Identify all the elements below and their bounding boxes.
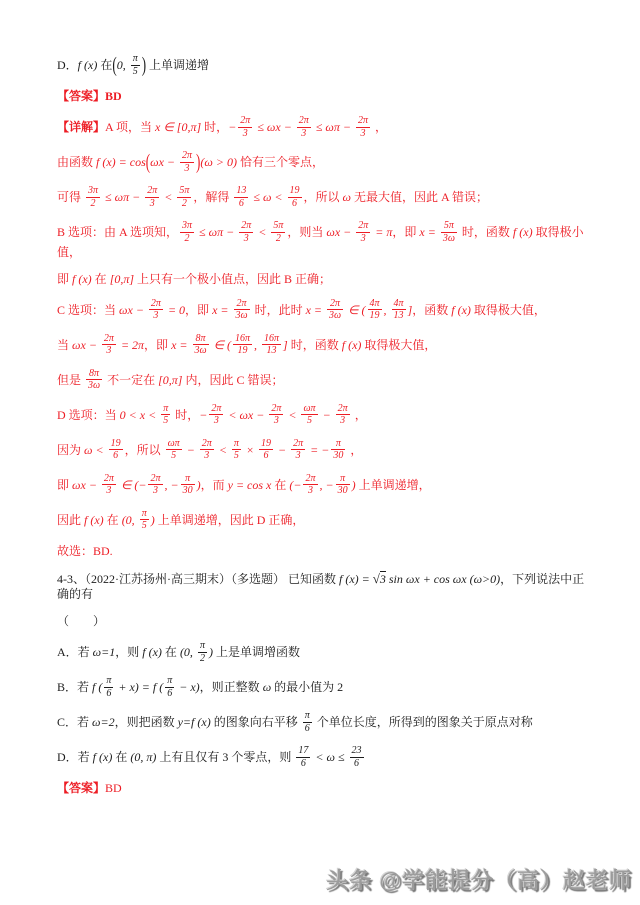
- bold-label: 【答案】: [57, 781, 105, 795]
- text-run: 上是单调增函数: [213, 645, 300, 659]
- text-run: 个单位长度，所得到的图象关于原点对称: [314, 715, 533, 729]
- math-run: ≤ ω <: [250, 190, 285, 204]
- fraction: ωπ5: [166, 438, 182, 462]
- explanation-option-a-line-1: 【详解】A 项，当 x ∈ [0,π] 时，−2π3 ≤ ωx − 2π3 ≤ …: [57, 116, 590, 140]
- text-run: 上单调递增: [146, 58, 209, 72]
- math-run: = 0: [165, 302, 185, 316]
- math-run: x =: [419, 225, 438, 239]
- explanation-option-c-line-1: C 选项：当 ωx − 2π3 = 0，即 x = 2π3ω 时，此时 x = …: [57, 299, 590, 323]
- text-run: 可得: [57, 190, 84, 204]
- fraction: 196: [259, 438, 273, 462]
- text-run: ，则正整数: [200, 680, 263, 694]
- fraction: 2π3: [303, 473, 317, 497]
- math-run: <: [216, 442, 230, 456]
- text-run: ，则: [115, 645, 142, 659]
- math-run: [0,π]: [158, 372, 182, 386]
- text-run: C 选项：当: [57, 302, 119, 316]
- text-run: D 选项：当: [57, 407, 120, 421]
- fraction: ωπ5: [301, 403, 317, 427]
- math-run: f (x) =: [339, 572, 373, 586]
- fraction: π2: [198, 640, 207, 664]
- math-run: , −: [320, 477, 334, 491]
- fraction: π30: [336, 473, 350, 497]
- math-run: ∈ (−: [118, 477, 147, 491]
- fraction: 2π3ω: [234, 298, 250, 322]
- text-run: 在: [97, 58, 112, 72]
- fraction: 8π3ω: [193, 333, 209, 357]
- fraction: 236: [350, 745, 364, 769]
- math-run: f (x): [78, 58, 98, 72]
- math-run: + x) = f (: [115, 680, 163, 694]
- explanation-option-c-line-3: 但是 8π3ω 不一定在 [0,π] 内，因此 C 错误；: [57, 369, 590, 393]
- math-run: ωx −: [72, 337, 100, 351]
- question-4-3-option-b: B．若 f (π6 + x) = f (π6 − x)，则正整数 ω 的最小值为…: [57, 676, 590, 700]
- fraction: 8π3ω: [86, 368, 102, 392]
- big-paren: (: [146, 148, 150, 176]
- answer-label-second: 【答案】BD: [57, 781, 590, 797]
- text-run: 取得极大值，: [361, 337, 436, 351]
- math-run: ≤ ωπ −: [196, 225, 237, 239]
- text-run: 故选：BD.: [57, 544, 113, 558]
- conclusion-line: 故选：BD.: [57, 544, 590, 560]
- question-4-3-option-c: C．若 ω=2，则把函数 y=f (x) 的图象向右平移 π6 个单位长度，所得…: [57, 711, 590, 735]
- fraction: π6: [165, 675, 174, 699]
- math-run: (−: [289, 477, 301, 491]
- math-run: , −: [165, 477, 179, 491]
- explanation-option-a-line-3: 可得 3π2 ≤ ωπ − 2π3 < 5π2，解得 136 ≤ ω < 196…: [57, 186, 590, 210]
- math-run: f (x): [513, 225, 533, 239]
- fraction: 4π19: [368, 298, 382, 322]
- text-run: A 项，当: [105, 120, 155, 134]
- text-run: 即: [57, 272, 72, 286]
- text-run: 不一定在: [104, 372, 158, 386]
- math-run: (ω > 0): [200, 155, 237, 169]
- text-run: 恰有三个零点，: [237, 155, 324, 169]
- math-run: ∈ (: [211, 337, 231, 351]
- bold-label: 【详解】: [57, 120, 105, 134]
- text-run: ，函数: [412, 302, 451, 316]
- big-paren: ): [196, 148, 200, 176]
- text-run: ，解得: [193, 190, 232, 204]
- text-run: ，: [372, 120, 387, 134]
- text-run: 但是: [57, 372, 84, 386]
- text-run: ，而: [201, 477, 228, 491]
- option-d-statement-prev-question: D．f (x) 在(0, π5) 上单调递增: [57, 54, 590, 78]
- math-run: ω: [263, 680, 271, 694]
- text-run: 在: [104, 512, 122, 526]
- math-run: −: [320, 407, 334, 421]
- math-run: f (x): [84, 512, 104, 526]
- fraction: 16π19: [233, 333, 252, 357]
- answer-blank-parentheses: （ ）: [57, 614, 590, 630]
- math-run: − x): [176, 680, 199, 694]
- math-run: ≤ ωπ −: [102, 190, 143, 204]
- fraction: 2π3: [291, 438, 305, 462]
- fraction: π6: [303, 710, 312, 734]
- math-run: ωx −: [119, 302, 147, 316]
- text-run: ，即: [144, 337, 171, 351]
- math-run: f (x): [142, 645, 162, 659]
- fraction: 2π3: [180, 150, 194, 174]
- text-run: 无最大值，因此 A 错误；: [351, 190, 488, 204]
- math-run: f (x): [342, 337, 362, 351]
- text-run: 上只有一个极小值点，因此 B 正确；: [134, 272, 331, 286]
- text-run: 由函数: [57, 155, 96, 169]
- text-run: 时，函数: [459, 225, 513, 239]
- math-run: = 2π: [118, 337, 144, 351]
- text-run: 时，: [201, 120, 228, 134]
- text-run: ，即: [392, 225, 419, 239]
- fraction: 136: [234, 185, 248, 209]
- text-run: ，则当: [287, 225, 326, 239]
- text-run: ，: [347, 442, 362, 456]
- math-run: x =: [306, 302, 325, 316]
- fraction: π6: [104, 675, 113, 699]
- math-run: ωx −: [150, 155, 178, 169]
- math-run: ≤ ωπ −: [313, 120, 354, 134]
- text-run: 的图象向右平移: [211, 715, 301, 729]
- math-run: ω=2: [92, 715, 115, 729]
- text-run: 在: [92, 272, 110, 286]
- text-run: 上单调递增，: [356, 477, 431, 491]
- fraction: 2π3: [356, 115, 370, 139]
- math-run: −: [275, 442, 289, 456]
- fraction: π5: [131, 53, 140, 77]
- explanation-option-d-line-2: 因为 ω < 196，所以 ωπ5 − 2π3 < π5 × 196 − 2π3…: [57, 439, 590, 463]
- fraction: 2π3ω: [327, 298, 343, 322]
- math-run: (0,: [122, 512, 138, 526]
- text-run: B．若: [57, 680, 92, 694]
- explanation-option-d-line-1: D 选项：当 0 < x < π5 时，−2π3 < ωx − 2π3 < ωπ…: [57, 404, 590, 428]
- text-run: 在: [162, 645, 180, 659]
- explanation-option-a-line-2: 由函数 f (x) = cos(ωx − 2π3)(ω > 0) 恰有三个零点，: [57, 151, 590, 175]
- text-run: C．若: [57, 715, 92, 729]
- math-run: ω=1: [93, 645, 116, 659]
- text-run: A．若: [57, 645, 93, 659]
- bold-label: BD: [105, 89, 122, 103]
- big-paren: (: [112, 51, 116, 79]
- explanation-option-d-line-3: 即 ωx − 2π3 ∈ (−2π3, −π30)，而 y = cos x 在 …: [57, 474, 590, 498]
- math-run: y = cos x: [228, 477, 272, 491]
- text-run: ，: [352, 407, 367, 421]
- math-run: f (x): [451, 302, 471, 316]
- fraction: 2π3: [148, 473, 162, 497]
- math-run: −: [199, 407, 207, 421]
- math-run: = −: [307, 442, 329, 456]
- fraction: 2π3: [102, 333, 116, 357]
- math-run: < ωx −: [225, 407, 267, 421]
- fraction: π5: [232, 438, 241, 462]
- fraction: 3π2: [86, 185, 100, 209]
- fraction: π5: [161, 403, 170, 427]
- fraction: π5: [140, 508, 149, 532]
- math-run: (0, π): [130, 750, 156, 764]
- text-run: 在: [112, 750, 130, 764]
- fraction: 5π2: [177, 185, 191, 209]
- math-run: ωx −: [72, 477, 100, 491]
- big-paren: ): [142, 51, 146, 79]
- math-run: ×: [243, 442, 257, 456]
- text-run: ，即: [185, 302, 212, 316]
- math-run: f (x): [93, 750, 113, 764]
- math-run: 0 < x <: [120, 407, 160, 421]
- text-run: 4-3、（2022·江苏扬州·高三期末）（多选题） 已知函数: [57, 572, 339, 586]
- math-run: [0,π]: [110, 272, 134, 286]
- math-run: ,: [254, 337, 260, 351]
- explanation-option-d-line-4: 因此 f (x) 在 (0, π5) 上单调递增，因此 D 正确，: [57, 509, 590, 533]
- question-4-3-option-d: D．若 f (x) 在 (0, π) 上有且仅有 3 个零点，则 176 < ω…: [57, 746, 590, 770]
- text-run: D．若: [57, 750, 93, 764]
- fraction: 2π3: [209, 403, 223, 427]
- text-run: 时，函数: [288, 337, 342, 351]
- fraction: 3π2: [180, 220, 194, 244]
- fraction: 2π3: [102, 473, 116, 497]
- fraction: 2π3: [149, 298, 163, 322]
- math-run: < ω ≤: [312, 750, 347, 764]
- document-page: D．f (x) 在(0, π5) 上单调递增【答案】BD【详解】A 项，当 x …: [0, 0, 640, 797]
- math-run: sin ωx + cos ωx (ω>0): [386, 572, 500, 586]
- text-run: （ ）: [57, 614, 105, 628]
- math-run: (0,: [180, 645, 196, 659]
- explanation-option-b-line-2: 即 f (x) 在 [0,π] 上只有一个极小值点，因此 B 正确；: [57, 272, 590, 288]
- fraction: 2π3: [336, 403, 350, 427]
- text-run: ，所以: [304, 190, 343, 204]
- fraction: 2π3: [356, 220, 370, 244]
- math-run: ω: [343, 190, 351, 204]
- text-run: ，所以: [125, 442, 164, 456]
- watermark-text: 头条 @学能提分（高）赵老师: [326, 864, 632, 895]
- math-run: −: [228, 120, 236, 134]
- text-run: 因为: [57, 442, 84, 456]
- math-run: y=f (x): [178, 715, 211, 729]
- math-run: ωx −: [326, 225, 354, 239]
- question-4-3-stem: 4-3、（2022·江苏扬州·高三期末）（多选题） 已知函数 f (x) = √…: [57, 571, 590, 603]
- text-run: 的最小值为 2: [271, 680, 343, 694]
- text-run: 时，: [172, 407, 199, 421]
- fraction: 2π3: [200, 438, 214, 462]
- text-run: 时，此时: [252, 302, 306, 316]
- fraction: 4π13: [392, 298, 406, 322]
- bold-label: 【答案】: [57, 89, 105, 103]
- math-run: f (x) = cos: [96, 155, 146, 169]
- math-run: ,: [384, 302, 390, 316]
- fraction: 2π3: [238, 115, 252, 139]
- text-run: 内，因此 C 错误；: [182, 372, 283, 386]
- text-run: D．: [57, 58, 78, 72]
- fraction: 2π3: [297, 115, 311, 139]
- math-run: f (: [92, 680, 102, 694]
- fraction: 2π3: [269, 403, 283, 427]
- math-run: f (x): [72, 272, 92, 286]
- fraction: 176: [296, 745, 310, 769]
- answer-label-first: 【答案】BD: [57, 89, 590, 105]
- fraction: 5π2: [271, 220, 285, 244]
- text-run: BD: [105, 781, 122, 795]
- math-run: ∈ (: [345, 302, 365, 316]
- fraction: 5π3ω: [441, 220, 457, 244]
- math-run: <: [255, 225, 269, 239]
- text-run: 因此: [57, 512, 84, 526]
- text-run: 取得极大值，: [471, 302, 546, 316]
- fraction: 2π3: [145, 185, 159, 209]
- explanation-option-b-line-1: B 选项：由 A 选项知，3π2 ≤ ωπ − 2π3 < 5π2，则当 ωx …: [57, 221, 590, 261]
- math-run: 0,: [117, 58, 129, 72]
- math-run: ≤ ωx −: [254, 120, 294, 134]
- question-4-3-option-a: A．若 ω=1，则 f (x) 在 (0, π2) 上是单调增函数: [57, 641, 590, 665]
- text-run: 即: [57, 477, 72, 491]
- fraction: 16π13: [262, 333, 281, 357]
- text-run: 上有且仅有 3 个零点，则: [156, 750, 294, 764]
- fraction: 2π3: [239, 220, 253, 244]
- math-run: = π: [372, 225, 392, 239]
- fraction: π30: [331, 438, 345, 462]
- explanation-option-c-line-2: 当 ωx − 2π3 = 2π，即 x = 8π3ω ∈ (16π19, 16π…: [57, 334, 590, 358]
- fraction: π30: [181, 473, 195, 497]
- fraction: 196: [288, 185, 302, 209]
- math-run: ω <: [84, 442, 107, 456]
- math-run: −: [184, 442, 198, 456]
- math-run: <: [285, 407, 299, 421]
- text-run: 当: [57, 337, 72, 351]
- text-run: 在: [271, 477, 289, 491]
- math-run: <: [161, 190, 175, 204]
- text-run: ，则把函数: [115, 715, 178, 729]
- math-run: x ∈ [0,π]: [155, 120, 201, 134]
- fraction: 196: [109, 438, 123, 462]
- math-run: x =: [212, 302, 231, 316]
- text-run: B 选项：由 A 选项知，: [57, 225, 178, 239]
- text-run: 上单调递增，因此 D 正确，: [155, 512, 305, 526]
- math-run: x =: [171, 337, 190, 351]
- square-root: √3: [373, 572, 386, 586]
